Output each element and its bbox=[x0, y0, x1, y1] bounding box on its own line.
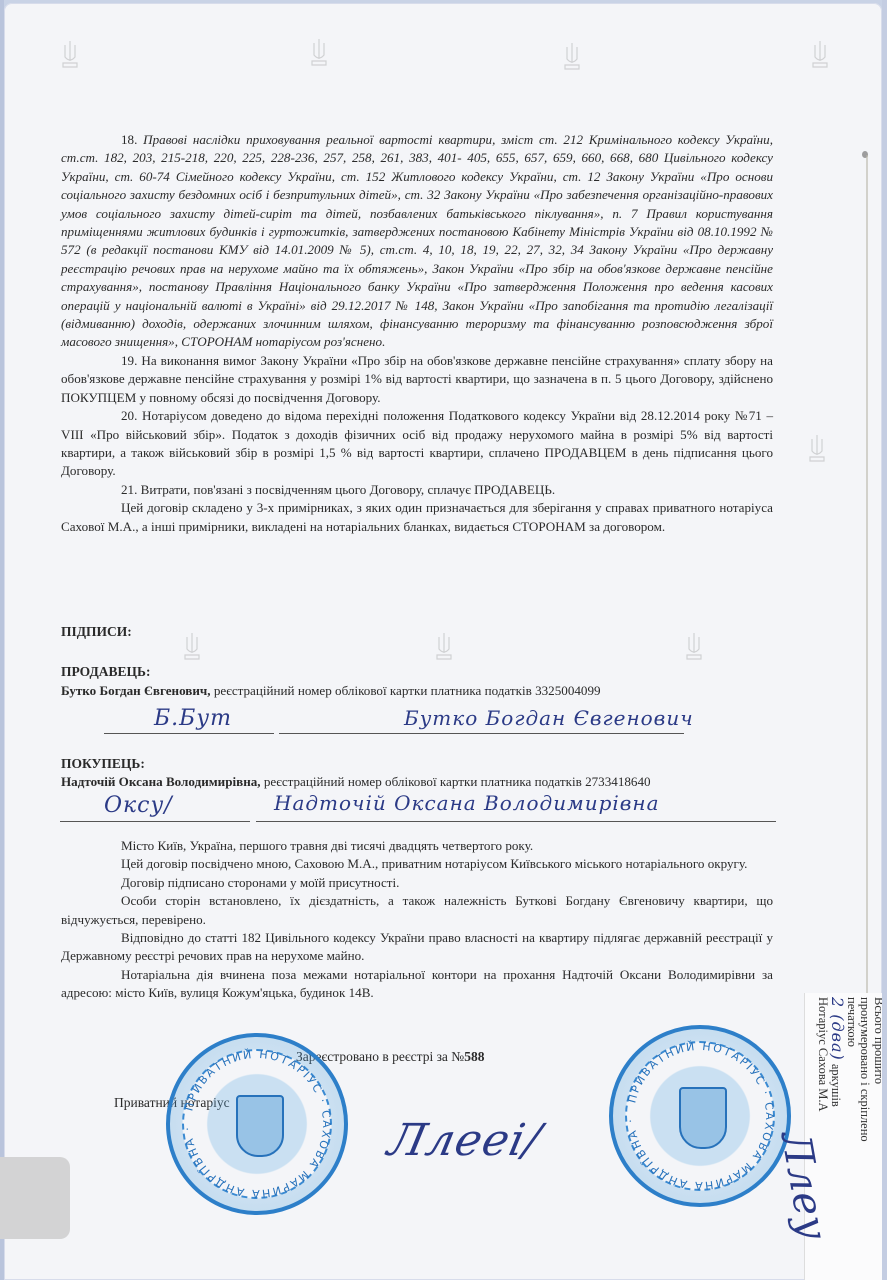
clause-21: 21. Витрати, пов'язані з посвідченням ць… bbox=[61, 481, 773, 499]
trident-watermark-icon bbox=[311, 37, 327, 67]
clause-18: 18. Правові наслідки приховування реальн… bbox=[61, 131, 773, 352]
trident-watermark-icon bbox=[809, 433, 825, 463]
trident-watermark-icon bbox=[812, 39, 828, 69]
place-date: Місто Київ, Україна, першого травня дві … bbox=[61, 837, 773, 855]
buyer-signature: Оксу/ bbox=[104, 793, 173, 818]
notary-seal-stamp-2: ПРИВАТНИЙ НОТАРІУС · САХОВА МАРИНА АНДРІ… bbox=[609, 1025, 791, 1207]
contract-clauses: 18. Правові наслідки приховування реальн… bbox=[61, 131, 773, 536]
registration-law: Відповідно до статті 182 Цивільного коде… bbox=[61, 929, 773, 966]
buyer-signature-line bbox=[60, 821, 250, 822]
certified-by: Цей договір посвідчено мною, Саховою М.А… bbox=[61, 855, 773, 873]
seller-info: Бутко Богдан Євгенович, реєстраційний но… bbox=[61, 682, 773, 700]
clause-18-text: Правові наслідки приховування реальної в… bbox=[61, 132, 773, 349]
seller-name: Бутко Богдан Євгенович, bbox=[61, 683, 211, 698]
clause-number: 18. bbox=[121, 132, 137, 147]
signatures-heading: ПІДПИСИ: bbox=[61, 623, 773, 641]
seller-details: реєстраційний номер облікової картки пла… bbox=[211, 683, 601, 698]
sheet-count-handwritten: 2 (два) bbox=[829, 997, 848, 1061]
signed-in-presence: Договір підписано сторонами у моїй прису… bbox=[61, 874, 773, 892]
buyer-details: реєстраційний номер облікової картки пла… bbox=[261, 774, 651, 789]
seller-handwritten-name: Бутко Богдан Євгенович bbox=[404, 706, 694, 730]
sheet-count-label: аркушів bbox=[830, 1061, 844, 1107]
registry-number: 588 bbox=[464, 1049, 484, 1064]
signatures-section: ПІДПИСИ: ПРОДАВЕЦЬ: Бутко Богдан Євгенов… bbox=[61, 623, 773, 700]
sticker-line: пронумеровано і скріплено bbox=[858, 997, 872, 1142]
buyer-name-line bbox=[256, 821, 776, 822]
scan-edge-right bbox=[882, 0, 887, 1280]
trident-watermark-icon bbox=[564, 41, 580, 71]
clause-19: 19. На виконання вимог Закону України «П… bbox=[61, 352, 773, 407]
notary-seal-stamp: ПРИВАТНИЙ НОТАРІУС · САХОВА МАРИНА АНДРІ… bbox=[166, 1033, 348, 1215]
buyer-label: ПОКУПЕЦЬ: bbox=[61, 755, 773, 773]
buyer-name: Надточій Оксана Володимирівна, bbox=[61, 774, 261, 789]
seller-label: ПРОДАВЕЦЬ: bbox=[61, 663, 773, 681]
buyer-section: ПОКУПЕЦЬ: Надточій Оксана Володимирівна,… bbox=[61, 755, 773, 792]
seller-signature: Б.Бут bbox=[154, 706, 232, 731]
action-location: Нотаріальна дія вчинена поза межами нота… bbox=[61, 966, 773, 1003]
buyer-info: Надточій Оксана Володимирівна, реєстраці… bbox=[61, 773, 773, 791]
sticker-sheet-count: 2 (два) аркушів bbox=[829, 997, 845, 1142]
document-page: 18. Правові наслідки приховування реальн… bbox=[4, 3, 882, 1280]
seller-signature-line bbox=[104, 733, 274, 734]
sticker-text: Всього прошито пронумеровано і скріплено… bbox=[816, 997, 886, 1142]
notary-signature: Ллееі/ bbox=[384, 1115, 547, 1166]
buyer-handwritten-name: Надточій Оксана Володимирівна bbox=[274, 791, 660, 815]
notary-certification: Місто Київ, Україна, першого травня дві … bbox=[61, 837, 773, 1003]
seller-name-line bbox=[279, 733, 684, 734]
stamp-text: ПРИВАТНИЙ НОТАРІУС · САХОВА МАРИНА АНДРІ… bbox=[170, 1037, 344, 1211]
identity-verified: Особи сторін встановлено, їх дієздатніст… bbox=[61, 892, 773, 929]
svg-text:ПРИВАТНИЙ НОТАРІУС · САХОВА МА: ПРИВАТНИЙ НОТАРІУС · САХОВА МАРИНА АНДРІ… bbox=[181, 1048, 333, 1200]
copies-clause: Цей договір складено у 3-х примірниках, … bbox=[61, 499, 773, 536]
trident-watermark-icon bbox=[62, 39, 78, 69]
svg-text:ПРИВАТНИЙ НОТАРІУС · САХОВА МА: ПРИВАТНИЙ НОТАРІУС · САХОВА МАРИНА АНДРІ… bbox=[624, 1040, 776, 1192]
stamp-text: ПРИВАТНИЙ НОТАРІУС · САХОВА МАРИНА АНДРІ… bbox=[613, 1029, 787, 1203]
binder-tab bbox=[0, 1157, 70, 1239]
clause-20: 20. Нотаріусом доведено до відома перехі… bbox=[61, 407, 773, 481]
sticker-notary: Нотаріус Сахова М.А bbox=[816, 997, 830, 1142]
